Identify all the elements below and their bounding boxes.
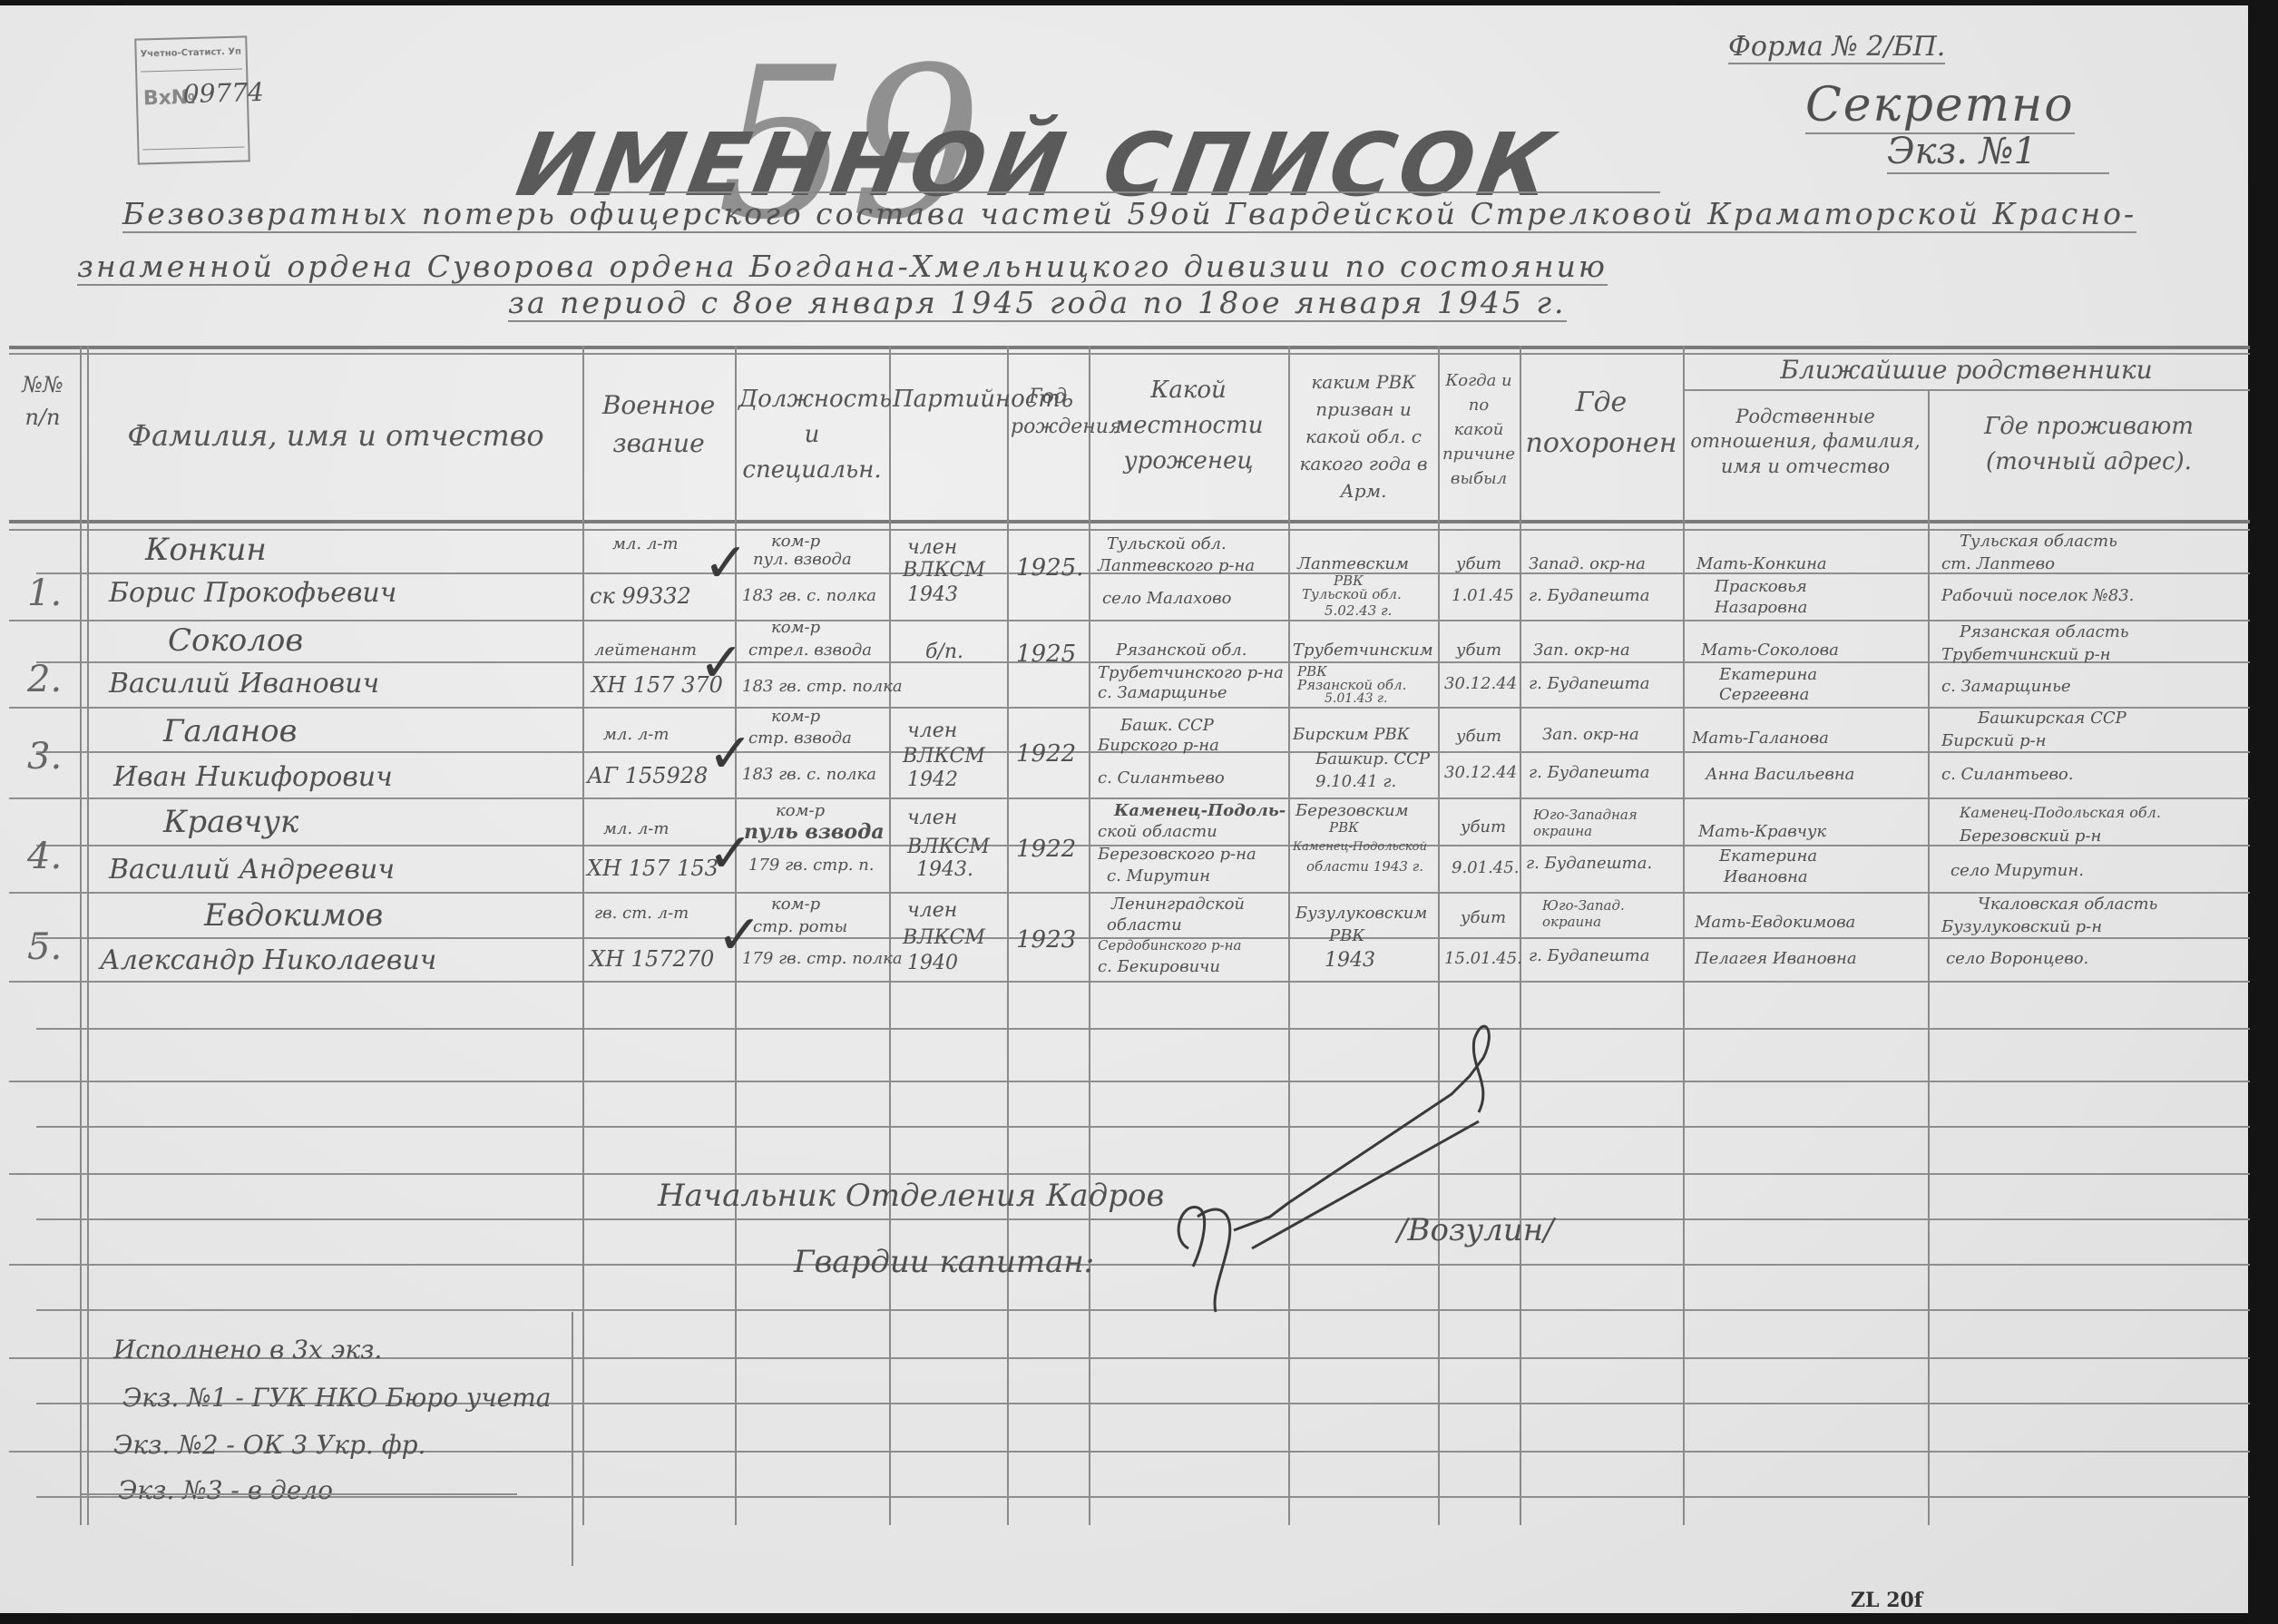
header-party: Партийность: [893, 382, 1003, 417]
date: 9.01.45.: [1452, 858, 1519, 877]
conscription: Лаптевским: [1297, 554, 1409, 573]
burial-place: г. Будапешта: [1529, 763, 1649, 782]
rank: лейтенант: [594, 641, 697, 660]
distribution-note: Исполнено в 3х экз.: [113, 1335, 382, 1365]
conscription: РВК: [1329, 819, 1359, 836]
checkmark-icon: ✓: [699, 631, 744, 695]
relative-address: с. Силантьево.: [1941, 765, 2074, 784]
birthplace: Сердобинского р-на: [1098, 937, 1241, 954]
signature-title-line-1: Начальник Отделения Кадров: [658, 1178, 1164, 1214]
rank: мл. л-т: [603, 819, 669, 838]
burial-place: Зап. окр-на: [1542, 725, 1639, 744]
conscription: Бузулуковским: [1295, 904, 1427, 923]
title-underline: [572, 191, 1660, 193]
status: убит: [1461, 908, 1506, 927]
row-number: 1.: [27, 572, 62, 614]
birthplace: области: [1107, 915, 1182, 934]
signature-title-line-2: Гвардии капитан:: [794, 1244, 1094, 1280]
corner-mark: ZL 20f: [1851, 1589, 1922, 1612]
burial-place: Запад. окр-на: [1529, 554, 1646, 573]
birthplace: Тульской обл.: [1107, 534, 1227, 553]
conscription: Тульской обл.: [1302, 586, 1402, 602]
birthplace: Березовского р-на: [1098, 845, 1256, 864]
burial-place: Юго-Запад. окраина: [1542, 897, 1660, 930]
relative: Мать-Конкина: [1696, 554, 1827, 573]
header-burial: Где похоронен: [1523, 382, 1679, 464]
relative-address: Бузулуковский р-н: [1941, 917, 2102, 936]
header-when-why: Когда и по какой причине выбыл: [1442, 368, 1516, 491]
birthplace: Ленинградской: [1111, 895, 1245, 914]
position: ком-р: [771, 895, 820, 914]
conscription: РВК: [1329, 926, 1364, 945]
stamp-divider: [142, 147, 244, 151]
rank: мл. л-т: [603, 725, 669, 744]
status: убит: [1456, 554, 1501, 573]
row-number: 4.: [27, 836, 62, 877]
relative: Мать-Евдокимова: [1695, 913, 1855, 932]
header-relative-address: Где проживают (точный адрес).: [1931, 409, 2246, 480]
party: член: [907, 719, 957, 742]
conscription: Бирским РВК: [1293, 725, 1410, 744]
position: пул. взвода: [753, 550, 852, 569]
relative-address: село Мирутин.: [1950, 861, 2084, 880]
conscription: 5.01.43 г.: [1325, 691, 1387, 706]
position: 179 гв. стр. п.: [748, 856, 875, 875]
party: 1943.: [916, 858, 973, 881]
position: 179 гв. стр. полка: [742, 949, 903, 968]
position: ком-р: [771, 618, 820, 637]
birthplace: Бирского р-на: [1098, 736, 1219, 755]
birth-year: 1922: [1016, 836, 1076, 863]
status: убит: [1456, 641, 1501, 660]
position: ком-р: [771, 532, 820, 551]
subtitle-line-1: Безвозвратных потерь офицерского состава…: [122, 196, 2136, 233]
position: 183 гв. с. полка: [742, 765, 876, 784]
position: стрел. взвода: [748, 641, 872, 660]
party: 1942: [907, 768, 958, 791]
signatory-name: /Возулин/: [1397, 1212, 1554, 1248]
birth-year: 1922: [1016, 740, 1076, 768]
date: 1.01.45: [1452, 586, 1514, 605]
party: член: [907, 899, 957, 922]
header-relative-name: Родственные отношения, фамилия, имя и от…: [1687, 405, 1924, 479]
surname: Кравчук: [163, 804, 298, 840]
divider: [572, 1312, 573, 1566]
relative: Екатерина: [1719, 665, 1817, 684]
copy-number: Экз. №1: [1887, 131, 2109, 174]
birthplace: с. Силантьево: [1098, 768, 1225, 788]
stamp-number: 09774: [182, 77, 264, 109]
party: 1943: [907, 583, 958, 606]
relative: Мать-Кравчук: [1698, 822, 1826, 841]
date: 30.12.44: [1444, 674, 1517, 693]
party: ВЛКСМ: [907, 836, 990, 858]
given-names: Александр Николаевич: [100, 944, 436, 976]
relative: Пелагея Ивановна: [1695, 949, 1857, 968]
birthplace: с. Мирутин: [1107, 866, 1210, 885]
signature-scribble-icon: [1161, 1022, 1588, 1330]
party: 1940: [907, 952, 958, 974]
distribution-note: Экз. №1 - ГУК НКО Бюро учета: [122, 1383, 551, 1413]
card-number: ХН 157270: [590, 946, 714, 972]
relative-address: село Воронцево.: [1946, 949, 2088, 968]
header-birthplace: Какой местности уроженец: [1092, 373, 1285, 479]
party: член: [907, 536, 957, 559]
card-number: ск 99332: [590, 583, 691, 609]
position: стр. роты: [753, 917, 847, 936]
header-relatives-group: Ближайшие родственники: [1687, 355, 2246, 386]
burial-place: г. Будапешта: [1529, 586, 1649, 605]
surname: Соколов: [168, 622, 303, 659]
stamp-divider: [141, 69, 242, 73]
birthplace: с. Бекировичи: [1098, 957, 1220, 976]
position: ком-р: [776, 801, 825, 820]
relative: Сергеевна: [1719, 685, 1809, 704]
position: пуль взвода: [744, 820, 885, 844]
burial-place: Зап. окр-на: [1533, 641, 1630, 660]
document-sheet: Учетно-Статист. Упр. ГУК НКО Вх№ 09774 5…: [0, 5, 2248, 1613]
distribution-note: Экз. №3 - в дело: [118, 1475, 333, 1505]
burial-place: г. Будапешта: [1529, 946, 1649, 965]
header-position: Должность и специальн.: [738, 382, 885, 488]
relative-address: Березовский р-н: [1960, 827, 2101, 846]
birthplace: ской области: [1098, 822, 1217, 841]
relative-address: Каменец-Подольская обл.: [1960, 804, 2161, 821]
row-number: 3.: [27, 736, 62, 778]
position: 183 гв. стр. полка: [742, 677, 903, 696]
rank: гв. ст. л-т: [594, 904, 689, 923]
position: ком-р: [771, 707, 820, 726]
relative-address: Башкирская ССР: [1978, 709, 2126, 728]
form-number: Форма № 2/БП.: [1728, 31, 1945, 64]
row-number: 5.: [27, 926, 62, 968]
relative: Мать-Галанова: [1692, 729, 1829, 748]
subtitle-line-2: знаменной ордена Суворова ордена Богдана…: [77, 249, 1608, 286]
relative-address: с. Замарщинье: [1941, 677, 2071, 696]
given-names: Иван Никифорович: [113, 761, 393, 793]
card-number: ХН 157 153: [587, 856, 719, 881]
birthplace: Каменец-Подоль-: [1114, 801, 1286, 820]
surname: Галанов: [163, 713, 297, 749]
classification-label: Секретно: [1805, 78, 2075, 134]
conscription: Березовским: [1295, 801, 1409, 820]
birthplace: с. Замарщинье: [1098, 683, 1227, 702]
header-conscription: каким РВК призван и какой обл. с какого …: [1292, 368, 1435, 504]
header-name: Фамилия, имя и отчество: [91, 414, 581, 457]
position: 183 гв. с. полка: [742, 586, 876, 605]
burial-place: г. Будапешта: [1529, 674, 1649, 693]
registration-stamp: Учетно-Статист. Упр. ГУК НКО Вх№ 09774: [134, 35, 250, 164]
party: член: [907, 807, 957, 829]
party: ВЛКСМ: [903, 559, 985, 582]
conscription: 1943: [1325, 949, 1375, 972]
party: б/п.: [925, 641, 963, 663]
relative: Прасковья: [1715, 577, 1807, 596]
relative: Назаровна: [1715, 598, 1807, 617]
birth-year: 1925.: [1016, 554, 1083, 582]
birthplace: Башк. ССР: [1120, 716, 1214, 735]
birthplace: Рязанской обл.: [1116, 641, 1247, 660]
party: ВЛКСМ: [903, 745, 985, 768]
relative: Мать-Соколова: [1701, 641, 1839, 660]
burial-place: г. Будапешта.: [1526, 854, 1652, 873]
given-names: Василий Андреевич: [109, 854, 395, 885]
relative: Екатерина: [1719, 846, 1817, 866]
relative: Ивановна: [1724, 867, 1808, 886]
birthplace: село Малахово: [1102, 589, 1231, 608]
card-number: АГ 155928: [587, 763, 708, 788]
relative-address: Трубетчинский р-н: [1941, 645, 2111, 664]
status: убит: [1461, 817, 1506, 836]
surname: Конкин: [145, 532, 267, 568]
relative-address: Чкаловская область: [1978, 895, 2157, 914]
header-num: №№ п/п: [11, 368, 74, 434]
conscription: Каменец-Подольской: [1293, 840, 1427, 854]
date: 30.12.44: [1444, 763, 1517, 782]
relative-address: ст. Лаптево: [1941, 554, 2055, 573]
birthplace: Лаптевского р-на: [1098, 556, 1255, 575]
surname: Евдокимов: [204, 897, 383, 934]
relative: Анна Васильевна: [1706, 765, 1854, 784]
position: стр. взвода: [748, 729, 852, 748]
divider: [82, 1493, 517, 1495]
birth-year: 1923: [1016, 926, 1076, 954]
relative-address: Рабочий поселок №83.: [1941, 586, 2134, 605]
burial-place: Юго-Западная окраина: [1533, 807, 1669, 839]
given-names: Василий Иванович: [109, 668, 379, 699]
birth-year: 1925: [1016, 641, 1076, 668]
conscription: 5.02.43 г.: [1325, 602, 1392, 619]
date: 15.01.45.: [1444, 949, 1522, 968]
status: убит: [1456, 727, 1501, 746]
party: ВЛКСМ: [903, 926, 985, 949]
conscription: области 1943 г.: [1306, 858, 1423, 875]
given-names: Борис Прокофьевич: [109, 577, 396, 609]
subtitle-line-3: за период с 8ое января 1945 года по 18ое…: [508, 285, 1567, 322]
conscription: 9.10.41 г.: [1315, 772, 1396, 791]
row-number: 2.: [27, 659, 62, 700]
header-birth-year: Год рождения: [1011, 382, 1085, 442]
stamp-header: Учетно-Статист. Упр. ГУК НКО: [141, 47, 242, 60]
relative-address: Тульская область: [1960, 532, 2117, 551]
relative-address: Рязанская область: [1960, 622, 2129, 641]
header-rank: Военное звание: [586, 386, 731, 463]
relative-address: Бирский р-н: [1941, 731, 2047, 750]
birthplace: Трубетчинского р-на: [1098, 663, 1284, 682]
distribution-note: Экз. №2 - ОК 3 Укр. фр.: [113, 1430, 425, 1460]
conscription: Трубетчинским: [1293, 641, 1433, 660]
conscription: Башкир. ССР: [1315, 749, 1430, 768]
rank: мл. л-т: [612, 534, 678, 553]
